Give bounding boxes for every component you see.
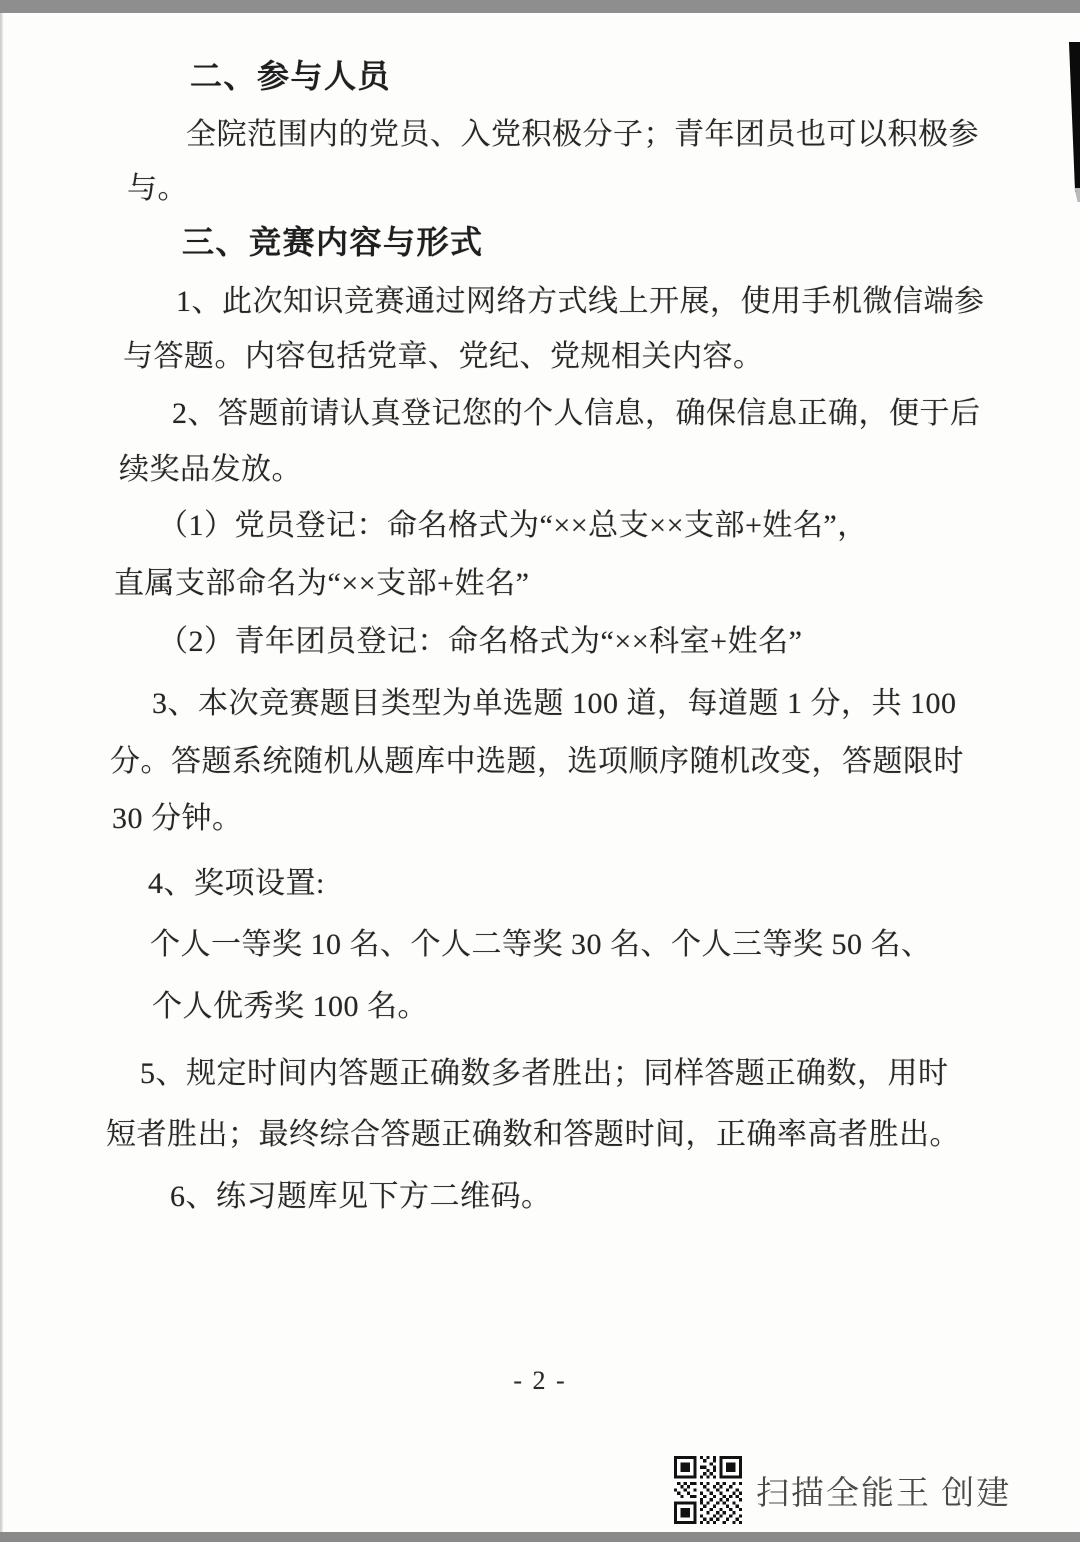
scan-edge-top-bar xyxy=(0,0,1080,13)
participants-body-line-1: 全院范围内的党员、入党积极分子；青年团员也可以积极参 xyxy=(186,117,979,153)
page-number: - 2 - xyxy=(0,1366,1080,1396)
item5-line-1: 5、规定时间内答题正确数多者胜出；同样答题正确数，用时 xyxy=(140,1056,949,1092)
award-list-line-1: 个人一等奖 10 名、个人二等奖 30 名、个人三等奖 50 名、 xyxy=(150,927,932,963)
item1-line-1: 1、此次知识竞赛通过网络方式线上开展，使用手机微信端参 xyxy=(176,284,985,320)
item1-line-2: 与答题。内容包括党章、党纪、党规相关内容。 xyxy=(123,339,764,375)
item5-line-2: 短者胜出；最终综合答题正确数和答题时间，正确率高者胜出。 xyxy=(106,1117,960,1153)
qr-code-icon xyxy=(672,1456,744,1524)
scan-artifact-right-edge xyxy=(1067,42,1080,192)
watermark-text: 扫描全能王 创建 xyxy=(756,1467,1011,1514)
scan-edge-bottom-bar xyxy=(0,1532,1080,1542)
award-list-line-2: 个人优秀奖 100 名。 xyxy=(152,989,428,1025)
section-heading-participants: 二、参与人员 xyxy=(190,58,391,94)
item3-line-1: 3、本次竞赛题目类型为单选题 100 道，每道题 1 分，共 100 xyxy=(152,686,957,722)
item6-line: 6、练习题库见下方二维码。 xyxy=(170,1179,552,1215)
item3-line-3: 30 分钟。 xyxy=(112,801,243,837)
camscanner-watermark: 扫描全能王 创建 xyxy=(672,1456,1011,1524)
sub-item-1-line-1: （1）党员登记：命名格式为“××总支××支部+姓名”， xyxy=(158,508,868,544)
scanned-document-page: 二、参与人员 全院范围内的党员、入党积极分子；青年团员也可以积极参 与。 三、竞… xyxy=(0,0,1080,1542)
item3-line-2: 分。答题系统随机从题库中选题，选项顺序随机改变，答题限时 xyxy=(110,744,964,780)
item4-line: 4、奖项设置: xyxy=(148,866,325,902)
item2-line-1: 2、答题前请认真登记您的个人信息，确保信息正确，便于后 xyxy=(172,396,981,432)
scan-edge-left-line xyxy=(0,13,3,1532)
scan-artifact-right-edge-fade xyxy=(1072,188,1080,202)
item2-line-2: 续奖品发放。 xyxy=(119,452,302,488)
participants-body-line-2: 与。 xyxy=(127,171,188,207)
sub-item-2-line: （2）青年团员登记：命名格式为“××科室+姓名” xyxy=(158,624,802,660)
sub-item-1-line-2: 直属支部命名为“××支部+姓名” xyxy=(114,566,529,602)
section-heading-contest-format: 三、竞赛内容与形式 xyxy=(182,224,484,260)
